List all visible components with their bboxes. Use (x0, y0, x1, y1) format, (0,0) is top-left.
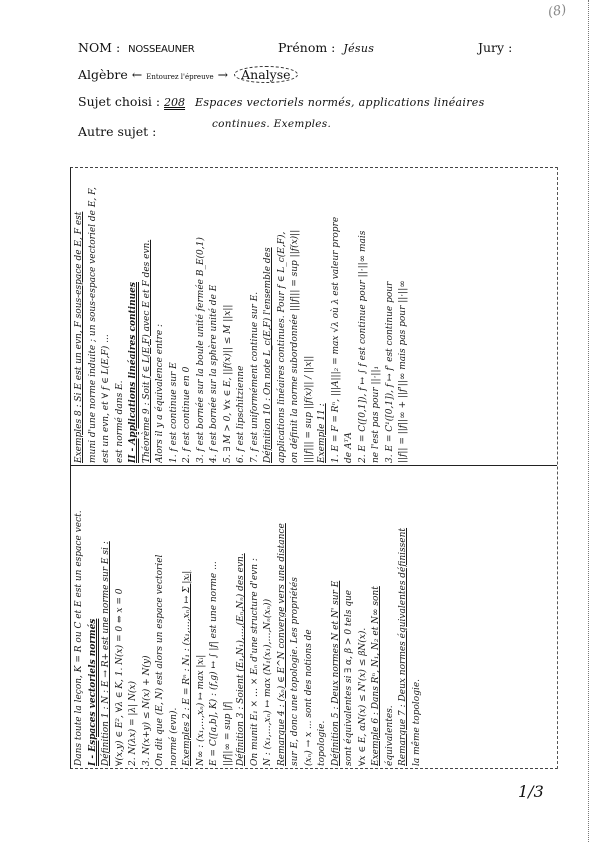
jury-block: Jury : (478, 40, 512, 55)
handwritten-line: 2. N(λx) = |λ| N(x) (127, 468, 141, 766)
handwritten-line: 2. E = C([0,1]), f ↦ ∫ f est continue po… (357, 171, 371, 463)
answer-box-bottom-half: Dans toute la leçon, K = R ou C et E est… (71, 466, 557, 768)
handwritten-line: Exemple 6 : Dans Rⁿ, N₁, N₂ et N∞ sont (370, 468, 384, 766)
handwritten-line: on définit la norme subordonnée |||f||| … (289, 171, 303, 463)
handwritten-line: 7. f est uniformément continue sur E. (249, 171, 263, 463)
handwritten-line: 1. f est continue sur E (168, 171, 182, 463)
scan-edge-line (588, 0, 589, 842)
handwritten-line: 3. N(x+y) ≤ N(x) + N(y) (141, 468, 155, 766)
handwritten-line: 5. ∃ M > 0, ∀x ∈ E, ||f(x)|| ≤ M ||x|| (222, 171, 236, 463)
handwritten-line: la même topologie. (411, 468, 425, 766)
sujet-row: Sujet choisi : 208 Espaces vectoriels no… (78, 94, 485, 109)
name-row: NOM : NOSSEAUNER Prénom : Jésus Jury : (78, 40, 194, 55)
handwritten-line: On dit que (E, N) est alors un espace ve… (154, 468, 168, 766)
handwritten-line: est normé dans E. (114, 171, 128, 463)
handwritten-line: de AᵀA (343, 171, 357, 463)
handwritten-line: Alors il y a équivalence entre : (154, 171, 168, 463)
prenom-label: Prénom : (278, 40, 335, 55)
handwritten-line: 3. f est bornée sur la boule unité fermé… (195, 171, 209, 463)
handwritten-line: ||f|| = ||f||∞ + ||f'||∞ mais pas pour |… (397, 171, 411, 463)
handwritten-line: N∞ : (x₁,…,xₙ) ↦ max |xᵢ| (195, 468, 209, 766)
handwritten-line: 1. E = F = Rⁿ, |||A|||₂ = max √λ où λ es… (330, 171, 344, 463)
handwritten-line: topologie. (316, 468, 330, 766)
sujet-title-line2: continues. Exemples. (212, 118, 331, 130)
handwritten-line: ne l'est pas pour ||·||₁ (370, 171, 384, 463)
handwritten-line: II - Applications linéaires continues (127, 171, 141, 463)
page-number: 1/3 (518, 782, 544, 801)
handwritten-line: Définition 5 : Deux normes N et N' sur E (330, 468, 344, 766)
nom-value: NOSSEAUNER (128, 44, 194, 55)
handwritten-line: |||f||| = sup ||f(x)|| / ||x|| (303, 171, 317, 463)
handwritten-line: Exemples 2 : E = Rⁿ : N₁ : (x₁,…,xₙ) ↦ Σ… (181, 468, 195, 766)
handwritten-line: 4. f est bornée sur la sphère unité de E (208, 171, 222, 463)
handwritten-line: ∀(x,y) ∈ E², ∀λ ∈ K, 1. N(x) = 0 ⇔ x = 0 (114, 468, 128, 766)
sujet-number: 208 (164, 96, 185, 109)
handwritten-line: sont équivalentes si ∃ α, β > 0 tels que (343, 468, 357, 766)
handwritten-line: ||f||∞ = sup |f| (222, 468, 236, 766)
answer-box: Exemples 8 : Si E est un evn, F sous-esp… (70, 167, 558, 769)
handwritten-line: applications linéaires continues. Pour f… (276, 171, 290, 463)
handwritten-line: Remarque 7 : Deux normes équivalentes dé… (397, 468, 411, 766)
rotated-handwriting-top: Exemples 8 : Si E est un evn, F sous-esp… (73, 171, 411, 463)
handwritten-line: (xₙ) → x ... sont des notions de (303, 468, 317, 766)
answer-box-top-half: Exemples 8 : Si E est un evn, F sous-esp… (71, 168, 557, 465)
handwritten-line: E = C([a,b], K) : (f,g) ↦ ∫ |f| est une … (208, 468, 222, 766)
nom-label: NOM : (78, 40, 120, 55)
autre-sujet-label: Autre sujet : (78, 124, 156, 139)
epreuve-arrow: → (218, 67, 228, 82)
sujet-title-line1: Espaces vectoriels normés, applications … (195, 96, 485, 109)
handwritten-line: 2. f est continue en 0 (181, 171, 195, 463)
handwritten-line: Remarque 4 : (xₙ) ∈ E^N converge vers un… (276, 468, 290, 766)
handwritten-line: N : (x₁,…,xₙ) ↦ max (N₁(x₁),…,Nₙ(xₙ)) (262, 468, 276, 766)
handwritten-line: ∀x ∈ E, αN(x) ≤ N'(x) ≤ βN(x). (357, 468, 371, 766)
epreuve-algebre: Algèbre ← (78, 67, 142, 82)
handwritten-line: Définition 3 : Soient (E₁,N₁),…,(Eₙ,Nₙ) … (235, 468, 249, 766)
prenom-value: Jésus (343, 42, 374, 55)
prenom-block: Prénom : Jésus (278, 40, 374, 55)
handwritten-line: Dans toute la leçon, K = R ou C et E est… (73, 468, 87, 766)
epreuve-analyse-circled: Analyse (234, 66, 297, 83)
handwritten-line: Exemples 8 : Si E est un evn, F sous-esp… (73, 171, 87, 463)
handwritten-line: 6. f est lipschitzienne (235, 171, 249, 463)
handwritten-line: Exemple 11 : (316, 171, 330, 463)
autre-sujet-row: Autre sujet : (78, 124, 156, 139)
handwritten-line: sur E, donc une topologie. Les propriété… (289, 468, 303, 766)
epreuve-row: Algèbre ← Entourez l'épreuve → Analyse (78, 66, 298, 83)
handwritten-line: Théorème 9 : Soit f ∈ L(E,F) avec E et F… (141, 171, 155, 463)
epreuve-instruction: Entourez l'épreuve (146, 73, 213, 81)
rotated-handwriting-bottom: Dans toute la leçon, K = R ou C et E est… (73, 468, 424, 766)
handwritten-line: muni d'une norme induite ; un sous-espac… (87, 171, 101, 463)
handwritten-line: normé (evn). (168, 468, 182, 766)
handwritten-line: est un evn, et ∀ f ∈ L(E,F) ... (100, 171, 114, 463)
handwritten-line: On munit E₁ × … × Eₙ d'une structure d'e… (249, 468, 263, 766)
handwritten-line: Définition 10 : On note L_c(E,F) l'ensem… (262, 171, 276, 463)
sujet-label: Sujet choisi : (78, 94, 160, 109)
corner-mark: (8) (547, 3, 568, 21)
handwritten-line: 3. E = C¹([0,1]), f ↦ f' est continue po… (384, 171, 398, 463)
jury-label: Jury : (478, 40, 512, 55)
handwritten-line: I - Espaces vectoriels normés (87, 468, 101, 766)
handwritten-line: Définition 1 : N : E → R+ est une norme … (100, 468, 114, 766)
handwritten-line: équivalentes. (384, 468, 398, 766)
